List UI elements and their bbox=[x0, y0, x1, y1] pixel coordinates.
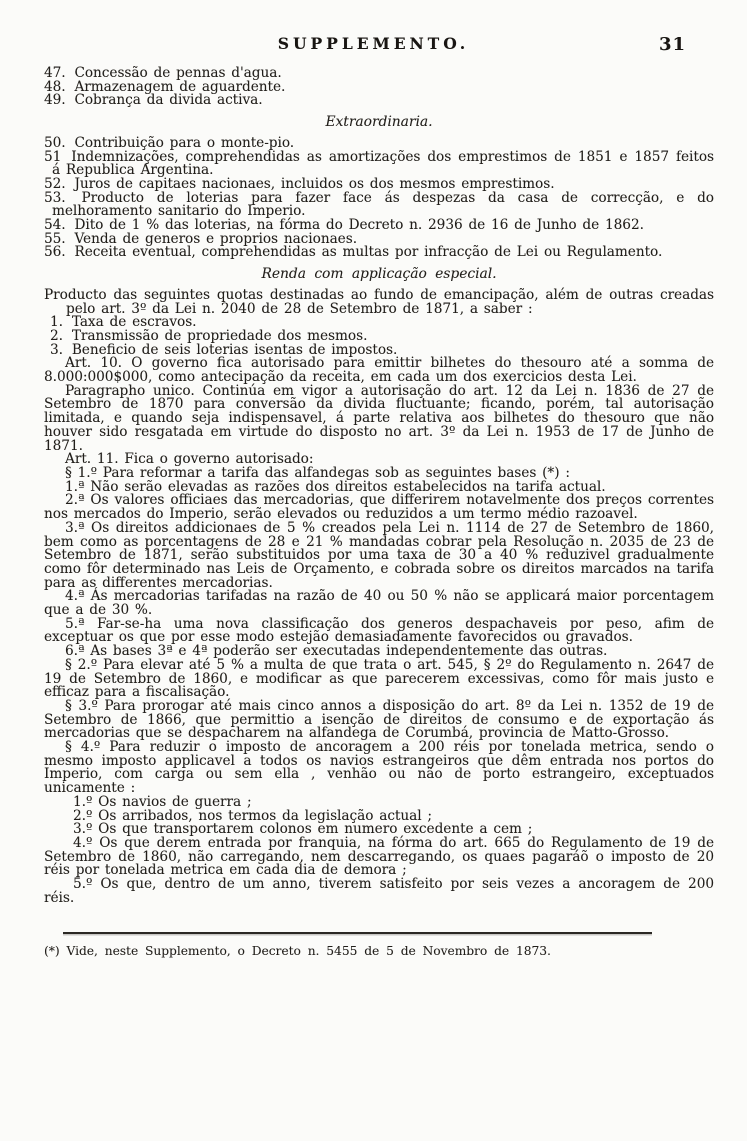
paragraph-base5: 5.ª Far-se-ha uma nova classificação dos… bbox=[44, 618, 714, 645]
paragraph-s2: § 2.º Para elevar até 5 % a multa de que… bbox=[44, 659, 714, 700]
list-item: 53. Producto de loterias para fazer face… bbox=[44, 192, 714, 219]
item-number: 3. bbox=[50, 342, 63, 358]
item-text: Indemnizações, comprehendidas as amortiz… bbox=[52, 149, 714, 179]
book-page: SUPPLEMENTO. 31 47. Concessão de pennas … bbox=[0, 0, 747, 1141]
footnote-rule bbox=[63, 932, 652, 934]
paragraph-art10: Art. 10. O governo fica autorisado para … bbox=[44, 357, 714, 384]
item-text: Cobrança da divida activa. bbox=[74, 92, 262, 108]
running-title: SUPPLEMENTO. bbox=[0, 34, 747, 53]
section-heading-renda: Renda com applicação especial. bbox=[44, 268, 714, 282]
list-item: 49. Cobrança da divida activa. bbox=[44, 94, 714, 108]
item-number: 49. bbox=[44, 92, 66, 108]
item-text: Receita eventual, comprehendidas as mult… bbox=[74, 244, 662, 260]
paragraph-intro: Producto das seguintes quotas destinadas… bbox=[44, 289, 714, 316]
paragraph-paragrapho-unico: Paragrapho unico. Continúa em vigor a au… bbox=[44, 385, 714, 454]
page-header: SUPPLEMENTO. 31 bbox=[0, 34, 747, 60]
item-number: 56. bbox=[44, 244, 66, 260]
page-body: 47. Concessão de pennas d'agua. 48. Arma… bbox=[44, 67, 714, 958]
paragraph-base2: 2.ª Os valores officiaes das mercadorias… bbox=[44, 494, 714, 521]
item-text: Producto de loterias para fazer face ás … bbox=[52, 190, 714, 220]
paragraph-s3: § 3.º Para prorogar até mais cinco annos… bbox=[44, 700, 714, 741]
paragraph-exception4: 4.º Os que derem entrada por franquia, n… bbox=[44, 837, 714, 878]
paragraph-base3: 3.ª Os direitos addicionaes de 5 % cread… bbox=[44, 522, 714, 591]
paragraph-exception5: 5.º Os que, dentro de um anno, tiverem s… bbox=[44, 878, 714, 905]
list-item: 56. Receita eventual, comprehendidas as … bbox=[44, 246, 714, 260]
paragraph-base4: 4.ª Ás mercadorias tarifadas na razão de… bbox=[44, 590, 714, 617]
list-item: 51 Indemnizações, comprehendidas as amor… bbox=[44, 151, 714, 178]
footnote-text: (*) Vide, neste Supplemento, o Decreto n… bbox=[44, 944, 714, 958]
section-heading-extraordinaria: Extraordinaria. bbox=[44, 116, 714, 130]
paragraph-s4: § 4.º Para reduzir o imposto de ancorage… bbox=[44, 741, 714, 796]
page-number: 31 bbox=[659, 34, 686, 55]
